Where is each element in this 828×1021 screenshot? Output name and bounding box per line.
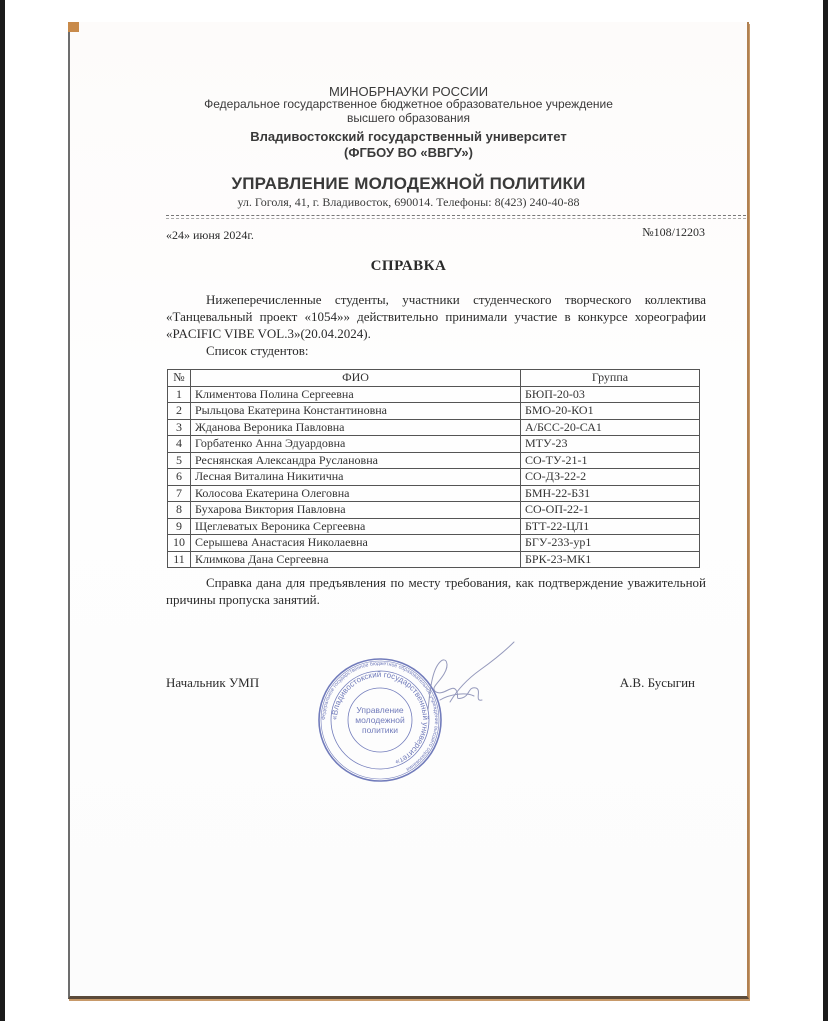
row-number: 8 — [168, 502, 191, 519]
closing-paragraph: Справка дана для предъявления по месту т… — [166, 574, 706, 608]
row-number: 4 — [168, 436, 191, 453]
right-frame-bar — [823, 0, 828, 1021]
student-group: БМН-22-БЗ1 — [521, 485, 700, 502]
row-number: 9 — [168, 518, 191, 535]
row-number: 10 — [168, 535, 191, 552]
student-name: Климентова Полина Сергеевна — [191, 386, 521, 403]
header-num: № — [168, 370, 191, 387]
signatory-role: Начальник УМП — [166, 675, 259, 691]
table-row: 1Климентова Полина СергеевнаБЮП-20-03 — [168, 386, 700, 403]
handwritten-signature — [410, 640, 520, 720]
student-group: БРК-23-МК1 — [521, 551, 700, 568]
row-number: 6 — [168, 469, 191, 486]
student-name: Климкова Дана Сергеевна — [191, 551, 521, 568]
student-group: А/БСС-20-СА1 — [521, 419, 700, 436]
document-title: СПРАВКА — [70, 258, 747, 275]
student-group: СО-ОП-22-1 — [521, 502, 700, 519]
student-name: Реснянская Александра Руслановна — [191, 452, 521, 469]
student-name: Колосова Екатерина Олеговна — [191, 485, 521, 502]
student-group: БТТ-22-ЦЛ1 — [521, 518, 700, 535]
stamp-center-line-2: молодежной — [355, 715, 405, 725]
list-label: Список студентов: — [206, 343, 308, 359]
institution-type: Федеральное государственное бюджетное об… — [70, 97, 747, 111]
table-row: 2Рыльцова Екатерина КонстантиновнаБМО-20… — [168, 403, 700, 420]
student-group: СО-ТУ-21-1 — [521, 452, 700, 469]
table-header-row: № ФИО Группа — [168, 370, 700, 387]
student-name: Бухарова Виктория Павловна — [191, 502, 521, 519]
student-group: БГУ-233-ур1 — [521, 535, 700, 552]
table-row: 10Серышева Анастасия НиколаевнаБГУ-233-у… — [168, 535, 700, 552]
department-name: УПРАВЛЕНИЕ МОЛОДЕЖНОЙ ПОЛИТИКИ — [70, 174, 747, 194]
university-abbr: (ФГБОУ ВО «ВВГУ») — [70, 145, 747, 160]
document-number: №108/12203 — [642, 225, 705, 240]
stamp-center-line-3: политики — [362, 725, 398, 735]
document-date: «24» июня 2024г. — [166, 228, 254, 243]
row-number: 2 — [168, 403, 191, 420]
table-row: 9Щеглеватых Вероника СергеевнаБТТ-22-ЦЛ1 — [168, 518, 700, 535]
document-page: МИНОБРНАУКИ РОССИИ Федеральное государст… — [68, 22, 749, 999]
student-name: Лесная Виталина Никитична — [191, 469, 521, 486]
signatory-name: А.В. Бусыгин — [620, 675, 695, 691]
corner-tab — [68, 22, 79, 32]
row-number: 5 — [168, 452, 191, 469]
student-name: Жданова Вероника Павловна — [191, 419, 521, 436]
row-number: 1 — [168, 386, 191, 403]
student-group: МТУ-23 — [521, 436, 700, 453]
university-name: Владивостокский государственный универси… — [70, 129, 747, 144]
student-group: БЮП-20-03 — [521, 386, 700, 403]
table-row: 6Лесная Виталина НикитичнаСО-ДЗ-22-2 — [168, 469, 700, 486]
student-group: БМО-20-КО1 — [521, 403, 700, 420]
table-row: 4Горбатенко Анна ЭдуардовнаМТУ-23 — [168, 436, 700, 453]
student-name: Щеглеватых Вероника Сергеевна — [191, 518, 521, 535]
table-row: 5Реснянская Александра РуслановнаСО-ТУ-2… — [168, 452, 700, 469]
header-group: Группа — [521, 370, 700, 387]
stamp-center-line-1: Управление — [356, 705, 404, 715]
left-frame-bar — [0, 0, 5, 1021]
student-group: СО-ДЗ-22-2 — [521, 469, 700, 486]
table-row: 7Колосова Екатерина ОлеговнаБМН-22-БЗ1 — [168, 485, 700, 502]
intro-paragraph: Нижеперечисленные студенты, участники ст… — [166, 291, 706, 342]
table-row: 11Климкова Дана СергеевнаБРК-23-МК1 — [168, 551, 700, 568]
institution-type-2: высшего образования — [70, 111, 747, 125]
table-row: 3Жданова Вероника ПавловнаА/БСС-20-СА1 — [168, 419, 700, 436]
students-table: № ФИО Группа 1Климентова Полина Сергеевн… — [167, 369, 700, 568]
department-address: ул. Гоголя, 41, г. Владивосток, 690014. … — [70, 195, 747, 210]
row-number: 11 — [168, 551, 191, 568]
row-number: 7 — [168, 485, 191, 502]
student-name: Горбатенко Анна Эдуардовна — [191, 436, 521, 453]
student-name: Рыльцова Екатерина Константиновна — [191, 403, 521, 420]
header-divider — [166, 215, 746, 219]
table-row: 8Бухарова Виктория ПавловнаСО-ОП-22-1 — [168, 502, 700, 519]
student-name: Серышева Анастасия Николаевна — [191, 535, 521, 552]
header-name: ФИО — [191, 370, 521, 387]
row-number: 3 — [168, 419, 191, 436]
